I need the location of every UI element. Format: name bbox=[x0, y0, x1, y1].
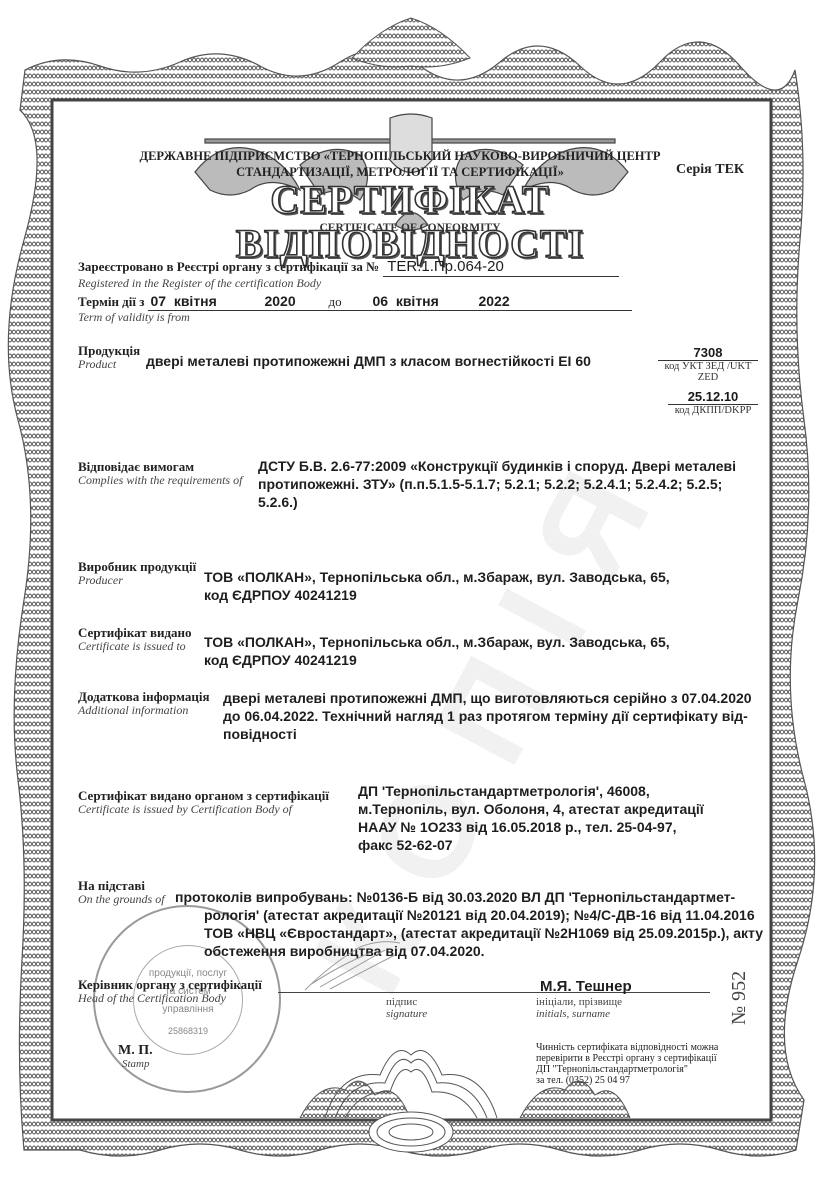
complies-line: протипожежні. ЗТУ» (п.п.5.1.5-5.1.7; 5.2… bbox=[258, 475, 736, 493]
complies-value: ДСТУ Б.В. 2.6-77:2009 «Конструкції будин… bbox=[258, 457, 736, 511]
dkpp-code: 25.12.10 bbox=[668, 389, 758, 405]
issued-by-line: ДП 'Тернопільстандартметрологія', 46008, bbox=[358, 782, 704, 800]
issued-to-label-ua: Сертифікат видано bbox=[78, 626, 192, 640]
registration-field: Зареєстровано в Реєстрі органу з сертифі… bbox=[78, 258, 619, 290]
grounds-label: На підставі On the grounds of bbox=[78, 879, 165, 906]
grounds-label-en: On the grounds of bbox=[78, 893, 165, 906]
product-label-ua: Продукція bbox=[78, 344, 140, 358]
producer-label-en: Producer bbox=[78, 574, 196, 587]
producer-label: Виробник продукції Producer bbox=[78, 560, 196, 587]
note-line: Чинність сертифіката відповідності можна bbox=[536, 1042, 718, 1053]
note-line: перевірити в Реєстрі органу з сертифікац… bbox=[536, 1053, 718, 1064]
additional-line: до 06.04.2022. Технічний нагляд 1 раз пр… bbox=[223, 707, 752, 725]
issuing-organization: ДЕРЖАВНЕ ПІДПРИЄМСТВО «ТЕРНОПІЛЬСЬКИЙ НА… bbox=[130, 148, 670, 180]
registration-number: TER.1.Пр.064-20 bbox=[383, 258, 619, 277]
producer-label-ua: Виробник продукції bbox=[78, 560, 196, 574]
issued-by-label: Сертифікат видано органом з сертифікації… bbox=[78, 789, 329, 816]
complies-label: Відповідає вимогам Complies with the req… bbox=[78, 460, 242, 487]
grounds-value: протоколів випробувань: №0136-Б від 30.0… bbox=[175, 888, 763, 960]
additional-value: двері металеві протипожежні ДМП, що виго… bbox=[223, 689, 752, 743]
certificate-subtitle: CERTIFICATE OF CONFORMITY bbox=[110, 222, 710, 234]
dkpp-label: код ДКПП/DKPP bbox=[668, 405, 758, 416]
product-label: Продукція Product bbox=[78, 344, 140, 371]
initials-caption: ініціали, прізвище initials, surname bbox=[536, 996, 622, 1020]
document-number: № 952 bbox=[728, 971, 751, 1025]
stamp-line: управління bbox=[134, 1004, 242, 1015]
grounds-line: рологія' (атестат акредитації №20121 від… bbox=[175, 906, 763, 924]
issued-by-line: факс 52-62-07 bbox=[358, 836, 704, 854]
registration-label: Зареєстровано в Реєстрі органу з сертифі… bbox=[78, 259, 379, 274]
grounds-line: ТОВ «НВЦ «Євростандарт», (атестат акреди… bbox=[175, 924, 763, 942]
issued-to-label-en: Certificate is issued to bbox=[78, 640, 192, 653]
stamp-place-label: М. П. Stamp bbox=[118, 1044, 153, 1071]
signature-caption: підпис signature bbox=[386, 996, 427, 1020]
validity-field: Термін дії з 07 квітня 2020 до 06 квітня… bbox=[78, 293, 632, 324]
complies-line: ДСТУ Б.В. 2.6-77:2009 «Конструкції будин… bbox=[258, 457, 736, 475]
validity-from-year: 2020 bbox=[264, 292, 295, 310]
validity-to-label: до bbox=[328, 295, 341, 309]
note-line: ДП "Тернопільстандартметрологія" bbox=[536, 1064, 718, 1075]
additional-label: Додаткова інформація Additional informat… bbox=[78, 690, 210, 717]
stamp-number: 25868319 bbox=[134, 1026, 242, 1036]
series-label: Серія ТЕК bbox=[676, 162, 744, 178]
issued-by-label-ua: Сертифікат видано органом з сертифікації bbox=[78, 789, 329, 803]
issued-to-value: ТОВ «ПОЛКАН», Тернопільська обл., м.Збар… bbox=[204, 633, 670, 669]
producer-line: ТОВ «ПОЛКАН», Тернопільська обл., м.Збар… bbox=[204, 568, 670, 586]
verification-note: Чинність сертифіката відповідності можна… bbox=[536, 1042, 718, 1086]
issued-to-label: Сертифікат видано Certificate is issued … bbox=[78, 626, 192, 653]
issued-by-line: м.Тернопіль, вул. Оболоня, 4, атестат ак… bbox=[358, 800, 704, 818]
head-label-en: Head of the Certification Body bbox=[78, 992, 262, 1005]
grounds-line: протоколів випробувань: №0136-Б від 30.0… bbox=[175, 888, 763, 906]
stamp-label-en: Stamp bbox=[118, 1058, 153, 1071]
grounds-line: обстеження виробництва від 07.04.2020. bbox=[175, 942, 763, 960]
complies-line: 5.2.6.) bbox=[258, 493, 736, 511]
head-label-ua: Керівник органу з сертифікації bbox=[78, 978, 262, 992]
additional-label-ua: Додаткова інформація bbox=[78, 690, 210, 704]
validity-label-en: Term of validity is from bbox=[78, 311, 632, 324]
dkpp-field: 25.12.10 код ДКПП/DKPP bbox=[668, 389, 758, 416]
issued-to-line: ТОВ «ПОЛКАН», Тернопільська обл., м.Збар… bbox=[204, 633, 670, 651]
ukt-zed-code: 7308 bbox=[658, 345, 758, 361]
issued-by-label-en: Certificate is issued by Certification B… bbox=[78, 803, 329, 816]
issued-by-line: НААУ № 1О233 від 16.05.2018 р., тел. 25-… bbox=[358, 818, 704, 836]
producer-line: код ЄДРПОУ 40241219 bbox=[204, 586, 670, 604]
issued-to-line: код ЄДРПОУ 40241219 bbox=[204, 651, 670, 669]
signature-line bbox=[278, 992, 710, 993]
head-label: Керівник органу з сертифікації Head of t… bbox=[78, 978, 262, 1005]
ukt-zed-label: код УКТ ЗЕД /UKT ZED bbox=[658, 361, 758, 383]
organization-line-1: ДЕРЖАВНЕ ПІДПРИЄМСТВО «ТЕРНОПІЛЬСЬКИЙ НА… bbox=[130, 148, 670, 164]
signature-label-en: signature bbox=[386, 1008, 427, 1020]
additional-line: повідності bbox=[223, 725, 752, 743]
additional-line: двері металеві протипожежні ДМП, що виго… bbox=[223, 689, 752, 707]
additional-label-en: Additional information bbox=[78, 704, 210, 717]
note-line: за тел. (0352) 25 04 97 bbox=[536, 1075, 718, 1086]
complies-label-en: Complies with the requirements of bbox=[78, 474, 242, 487]
product-value: двері металеві протипожежні ДМП з класом… bbox=[146, 352, 591, 370]
grounds-label-ua: На підставі bbox=[78, 879, 165, 893]
initials-label-ua: ініціали, прізвище bbox=[536, 996, 622, 1008]
head-name: М.Я. Тешнер bbox=[540, 978, 632, 996]
signature-scribble bbox=[300, 935, 410, 995]
issued-by-value: ДП 'Тернопільстандартметрологія', 46008,… bbox=[358, 782, 704, 854]
validity-label: Термін дії з bbox=[78, 294, 144, 309]
validity-to-year: 2022 bbox=[478, 292, 509, 310]
validity-from-date: 07 квітня bbox=[150, 292, 216, 310]
complies-label-ua: Відповідає вимогам bbox=[78, 460, 242, 474]
registration-label-en: Registered in the Register of the certif… bbox=[78, 277, 619, 290]
producer-value: ТОВ «ПОЛКАН», Тернопільська обл., м.Збар… bbox=[204, 568, 670, 604]
validity-to-date: 06 квітня bbox=[372, 292, 438, 310]
stamp-label-ua: М. П. bbox=[118, 1044, 153, 1058]
initials-label-en: initials, surname bbox=[536, 1008, 622, 1020]
signature-label-ua: підпис bbox=[386, 996, 427, 1008]
product-label-en: Product bbox=[78, 358, 140, 371]
ukt-zed-field: 7308 код УКТ ЗЕД /UKT ZED bbox=[658, 345, 758, 383]
